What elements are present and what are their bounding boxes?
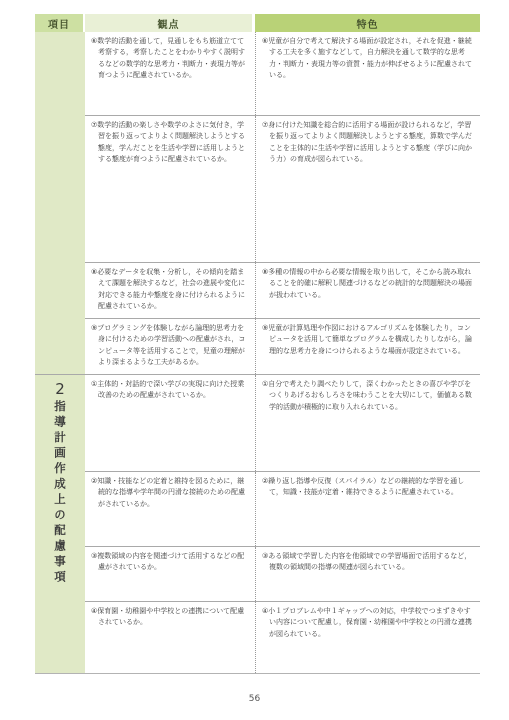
evaluation-table: 項目 観点 特色 ⑥数学的活動を通して，見通しをもち筋道立てて考察する，考察した… — [35, 14, 480, 674]
section-title-vertical: 指導計画作成上の配慮事項 — [52, 400, 68, 586]
feature-cell: ①自分で考えたり調べたりして，深くわかったときの喜びや学びをつくりあげるおもしろ… — [255, 375, 480, 471]
section-2-rows: ①主体的・対話的で深い学びの実現に向けた授業改善のための配慮がされているか。 ①… — [85, 375, 480, 673]
feature-cell: ④小１プロブレムや中１ギャップへの対応，中学校でつまずきやすい内容について配慮し… — [255, 602, 480, 673]
document-page: 項目 観点 特色 ⑥数学的活動を通して，見通しをもち筋道立てて考察する，考察した… — [0, 0, 509, 720]
item-cell-blank — [35, 32, 85, 374]
feature-cell: ⑦身に付けた知識を総合的に活用する場面が設けられるなど，学習を振り返ってよりよく… — [255, 116, 480, 262]
viewpoint-cell: ①主体的・対話的で深い学びの実現に向けた授業改善のための配慮がされているか。 — [85, 375, 255, 471]
table-row: ⑨プログラミングを体験しながら論理的思考力を身に付けるための学習活動への配慮がさ… — [85, 318, 480, 374]
feature-cell: ⑧多種の情報の中から必要な情報を取り出して，そこから読み取れることを的確に解釈し… — [255, 263, 480, 318]
table-row: ①主体的・対話的で深い学びの実現に向けた授業改善のための配慮がされているか。 ①… — [85, 375, 480, 471]
table-section-2: 2 指導計画作成上の配慮事項 ①主体的・対話的で深い学びの実現に向けた授業改善の… — [35, 374, 480, 673]
item-cell-section2: 2 指導計画作成上の配慮事項 — [35, 375, 85, 673]
viewpoint-cell: ⑨プログラミングを体験しながら論理的思考力を身に付けるための学習活動への配慮がさ… — [85, 319, 255, 374]
table-row: ③複数領域の内容を関連づけて活用するなどの配慮がされているか。 ③ある領域で学習… — [85, 546, 480, 601]
viewpoint-cell: ⑦数学的活動の楽しさや数学のよさに気付き，学習を振り返ってよりよく問題解決しよう… — [85, 116, 255, 262]
viewpoint-cell: ③複数領域の内容を関連づけて活用するなどの配慮がされているか。 — [85, 547, 255, 601]
viewpoint-cell: ⑥数学的活動を通して，見通しをもち筋道立てて考察する，考察したことをわかりやすく… — [85, 32, 255, 115]
table-header-row: 項目 観点 特色 — [35, 14, 480, 32]
section-1-rows: ⑥数学的活動を通して，見通しをもち筋道立てて考察する，考察したことをわかりやすく… — [85, 32, 480, 374]
feature-cell: ③ある領域で学習した内容を他領域での学習場面で活用するなど，複数の領域間の指導の… — [255, 547, 480, 601]
column-header-feature: 特色 — [255, 14, 480, 32]
table-row: ②知識・技能などの定着と維持を図るために，継続的な指導や学年間の円滑な接続のため… — [85, 471, 480, 546]
table-section-1: ⑥数学的活動を通して，見通しをもち筋道立てて考察する，考察したことをわかりやすく… — [35, 32, 480, 374]
viewpoint-cell: ④保育園・幼稚園や中学校との連携について配慮されているか。 — [85, 602, 255, 673]
feature-cell: ⑥児童が自分で考えて解決する場面が設定され，それを促進・継続する工夫を多く施すな… — [255, 32, 480, 115]
section-number: 2 — [55, 381, 65, 398]
table-row: ⑥数学的活動を通して，見通しをもち筋道立てて考察する，考察したことをわかりやすく… — [85, 32, 480, 115]
feature-cell: ⑨児童が計算処理や作図におけるアルゴリズムを体験したり，コンピュータを活用して簡… — [255, 319, 480, 374]
table-row: ⑦数学的活動の楽しさや数学のよさに気付き，学習を振り返ってよりよく問題解決しよう… — [85, 115, 480, 262]
page-number: 56 — [0, 694, 509, 704]
feature-cell: ②繰り返し指導や反復（スパイラル）などの継続的な学習を通して，知識・技能が定着・… — [255, 472, 480, 546]
column-header-viewpoint: 観点 — [85, 14, 255, 32]
table-row: ⑧必要なデータを収集・分析し，その傾向を踏まえて課題を解決するなど，社会の進展や… — [85, 262, 480, 318]
column-header-item: 項目 — [35, 14, 85, 32]
viewpoint-cell: ⑧必要なデータを収集・分析し，その傾向を踏まえて課題を解決するなど，社会の進展や… — [85, 263, 255, 318]
table-row: ④保育園・幼稚園や中学校との連携について配慮されているか。 ④小１プロブレムや中… — [85, 601, 480, 673]
viewpoint-cell: ②知識・技能などの定着と維持を図るために，継続的な指導や学年間の円滑な接続のため… — [85, 472, 255, 546]
